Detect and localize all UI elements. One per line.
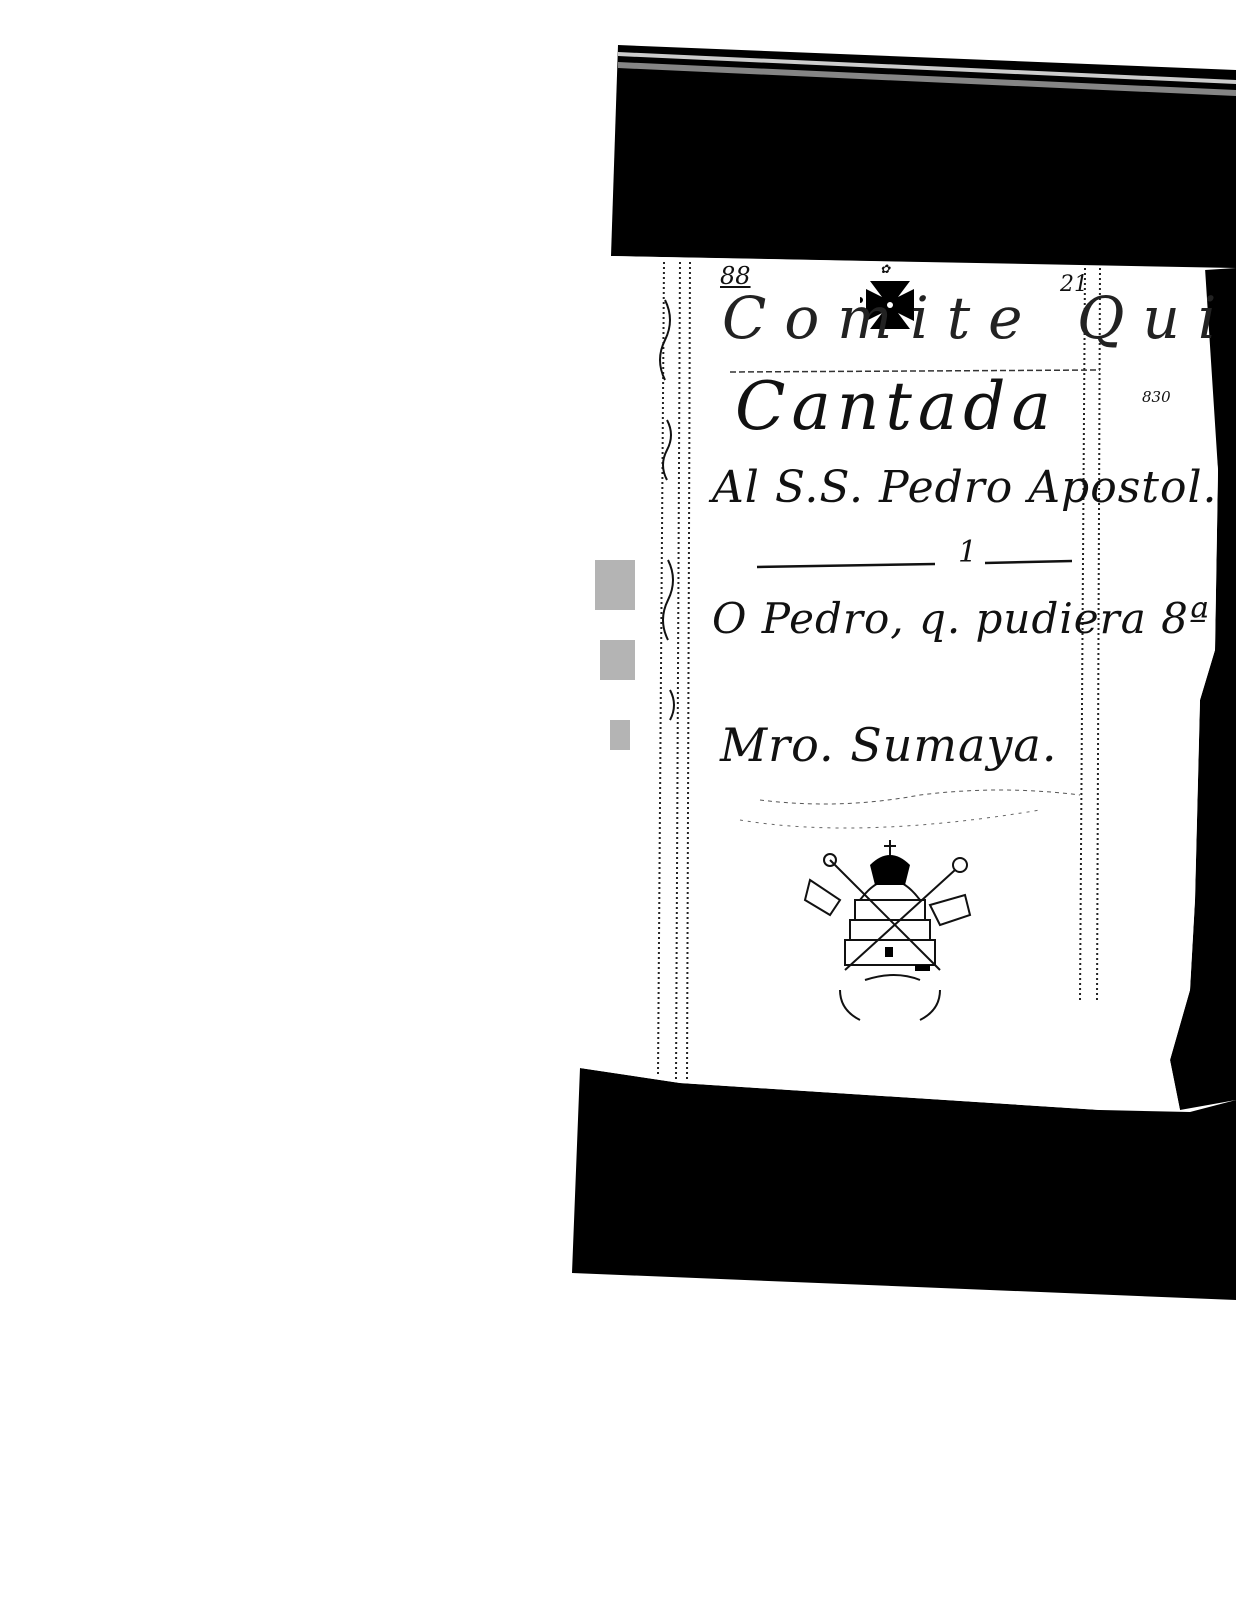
separator-mark: 1 [958,535,977,570]
archive-number: 830 [1142,388,1171,406]
scanned-page: ✿ 88 21 830 Comite Quinque Cantada Al S.… [0,0,1236,1600]
title-line-composer: Mro. Sumaya. [720,718,1057,772]
papal-tiara-crossed-keys-emblem [790,820,990,1030]
title-line-incipit: O Pedro, q. pudiera 8ª [712,594,1210,643]
title-line-comite-quinque: Comite Quinque [722,284,1236,352]
cross-ornament-dot: ✿ [880,262,890,276]
title-line-dedication: Al S.S. Pedro Apostol. [712,462,1218,513]
scan-border-top [0,0,1236,1600]
title-line-cantada: Cantada [735,368,1057,445]
